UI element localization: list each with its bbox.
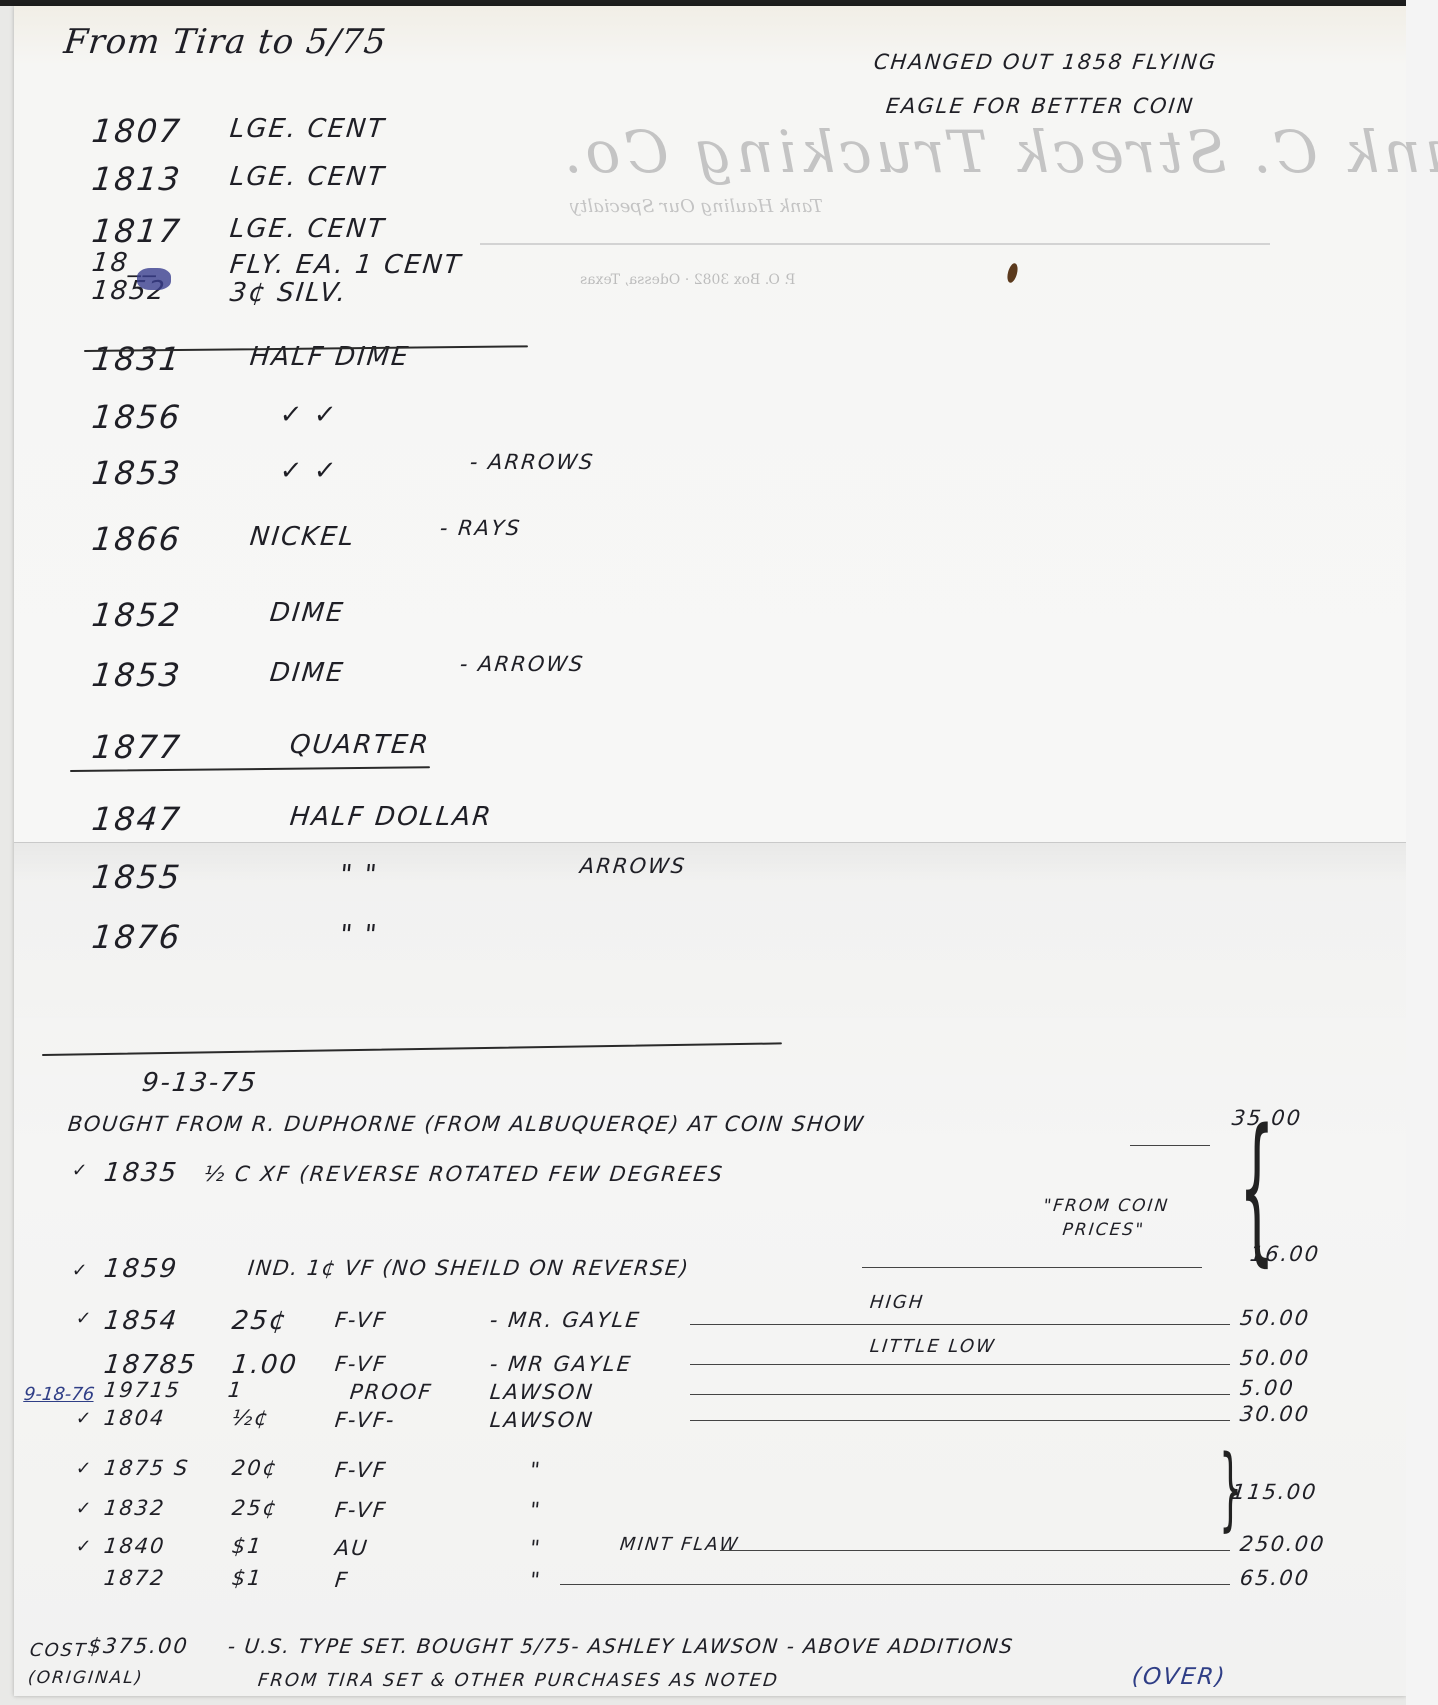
row-year: 1875 S (103, 1456, 191, 1480)
coin-year: 1853 (90, 454, 183, 492)
side-date: 9-18-76 (23, 1384, 95, 1405)
row-remark: HIGH (869, 1292, 926, 1313)
row-grade: F (334, 1568, 351, 1592)
leader-line (690, 1420, 1230, 1421)
coin-description: LGE. CENT (228, 214, 387, 244)
top-note-line-2: EAGLE FOR BETTER COIN (885, 94, 1196, 118)
row-year: 18785 (102, 1350, 198, 1380)
row-grade: F-VF- (334, 1408, 397, 1432)
coin-description: NICKEL (248, 522, 356, 552)
leader-line (690, 1364, 1230, 1365)
coin-note: ARROWS (579, 854, 688, 878)
coin-description: 3¢ SILV. (228, 278, 348, 308)
row-source: - MR GAYLE (489, 1352, 634, 1376)
coin-description: ✓ ✓ (278, 456, 339, 486)
row-source: LAWSON (489, 1408, 596, 1432)
coin-description: " " (338, 920, 379, 950)
coin-description: FLY. EA. 1 CENT (228, 250, 463, 280)
coin-note: - ARROWS (469, 450, 596, 474)
coin-year: 1813 (90, 160, 183, 198)
purchase-desc: IND. 1¢ VF (NO SHEILD ON REVERSE) (247, 1256, 691, 1280)
coin-year: 1856 (90, 398, 183, 436)
coin-description: DIME (268, 598, 346, 628)
row-year: 19715 (103, 1378, 182, 1402)
coin-description: DIME (268, 658, 346, 688)
row-denomination: $1 (231, 1566, 264, 1590)
scan-right-edge (1406, 0, 1438, 1705)
coin-note: - ARROWS (459, 652, 586, 676)
coin-description: LGE. CENT (228, 162, 387, 192)
footer-line-1: - U.S. TYPE SET. BOUGHT 5/75- ASHLEY LAW… (227, 1634, 1015, 1658)
row-denomination: 1.00 (230, 1350, 299, 1380)
purchase-date: 9-13-75 (140, 1068, 259, 1098)
letterhead-tagline: Tank Hauling Our Specialty (570, 196, 823, 217)
coin-description: QUARTER (288, 730, 431, 760)
row-grade: F-VF (334, 1498, 389, 1522)
row-remark: MINT FLAW (619, 1534, 740, 1555)
page-header: From Tira to 5/75 (62, 22, 389, 62)
bracket-note: "FROM COIN PRICES" (1027, 1194, 1182, 1242)
row-check: ✓ (75, 1408, 94, 1429)
row-price: 50.00 (1239, 1306, 1312, 1330)
coin-description: ✓ ✓ (278, 400, 339, 430)
row-denomination: 25¢ (230, 1306, 289, 1336)
row-denomination: $1 (231, 1534, 264, 1558)
row-price: 5.00 (1239, 1376, 1296, 1400)
row-check: ✓ (75, 1308, 94, 1329)
leader-line (560, 1584, 1230, 1585)
row-grade: F-VF (334, 1352, 389, 1376)
coin-year: 1807 (90, 112, 183, 150)
row-check: ✓ (75, 1458, 94, 1479)
row-check: ✓ (75, 1536, 94, 1557)
row-year: 1854 (102, 1306, 179, 1336)
row-source: LAWSON (489, 1380, 596, 1404)
row-check: ✓ (75, 1498, 94, 1519)
cost-value: $375.00 (87, 1634, 190, 1658)
leader-line (690, 1394, 1230, 1395)
footer-line-2: FROM TIRA SET & OTHER PURCHASES AS NOTED (257, 1670, 780, 1691)
row-denomination: 1 (227, 1378, 245, 1402)
row-price: 250.00 (1239, 1532, 1327, 1556)
letterhead-rule (480, 243, 1270, 245)
row-year: 1872 (103, 1566, 167, 1590)
coin-description: " " (338, 860, 379, 890)
row-grade: F-VF (334, 1458, 389, 1482)
purchase-desc: ½ c XF (REVERSE ROTATED FEW DEGREES (203, 1162, 725, 1186)
coin-year: 1877 (90, 728, 183, 766)
coin-year: 1817 (90, 212, 183, 250)
purchase-line: BOUGHT FROM R. DUPHORNE (FROM ALBUQUERQE… (67, 1112, 866, 1136)
row-remark: LITTLE LOW (869, 1336, 997, 1357)
ink-smudge (137, 268, 171, 290)
purchase-check: ✓ (71, 1260, 90, 1281)
purchase-year: 1835 (102, 1158, 179, 1188)
coin-description: HALF DOLLAR (288, 802, 494, 832)
price-brace: { (1239, 1108, 1275, 1268)
letterhead-address: P. O. Box 3082 · Odessa, Texas (580, 272, 795, 288)
coin-year: 1853 (90, 656, 183, 694)
row-grade: PROOF (349, 1380, 434, 1404)
row-denomination: ½¢ (231, 1406, 271, 1430)
row-denomination: 25¢ (231, 1496, 280, 1520)
leader-line (1130, 1145, 1210, 1146)
row-denomination: 20¢ (231, 1456, 280, 1480)
purchase-year: 1859 (102, 1254, 179, 1284)
coin-note: - RAYS (439, 516, 523, 540)
row-year: 1832 (103, 1496, 167, 1520)
purchase-check: ✓ (71, 1160, 90, 1181)
coin-year: 1852 (90, 596, 183, 634)
group-total: 115.00 (1231, 1480, 1319, 1504)
row-year: 1840 (103, 1534, 167, 1558)
row-price: 50.00 (1239, 1346, 1312, 1370)
row-source: - MR. GAYLE (489, 1308, 642, 1332)
leader-line (862, 1267, 1202, 1268)
row-grade: AU (334, 1536, 370, 1560)
coin-description: LGE. CENT (228, 114, 387, 144)
letterhead-company: Frank C. Streck Trucking Co. (560, 118, 1438, 186)
coin-year: 1876 (90, 918, 183, 956)
coin-year: 1855 (90, 858, 183, 896)
coin-year: 1831 (90, 340, 183, 378)
over-note: (OVER) (1131, 1664, 1228, 1690)
row-price: 30.00 (1239, 1402, 1312, 1426)
row-year: 1804 (103, 1406, 167, 1430)
cost-label: COST (29, 1640, 88, 1661)
leader-line (690, 1324, 1230, 1325)
leader-line (720, 1550, 1230, 1551)
coin-year: 1866 (90, 520, 183, 558)
original-label: (ORIGINAL) (27, 1668, 145, 1688)
top-note-line-1: CHANGED OUT 1858 FLYING (873, 50, 1219, 74)
row-price: 65.00 (1239, 1566, 1312, 1590)
coin-year: 1847 (90, 800, 183, 838)
row-grade: F-VF (334, 1308, 389, 1332)
paper-fold-line (14, 842, 1406, 843)
